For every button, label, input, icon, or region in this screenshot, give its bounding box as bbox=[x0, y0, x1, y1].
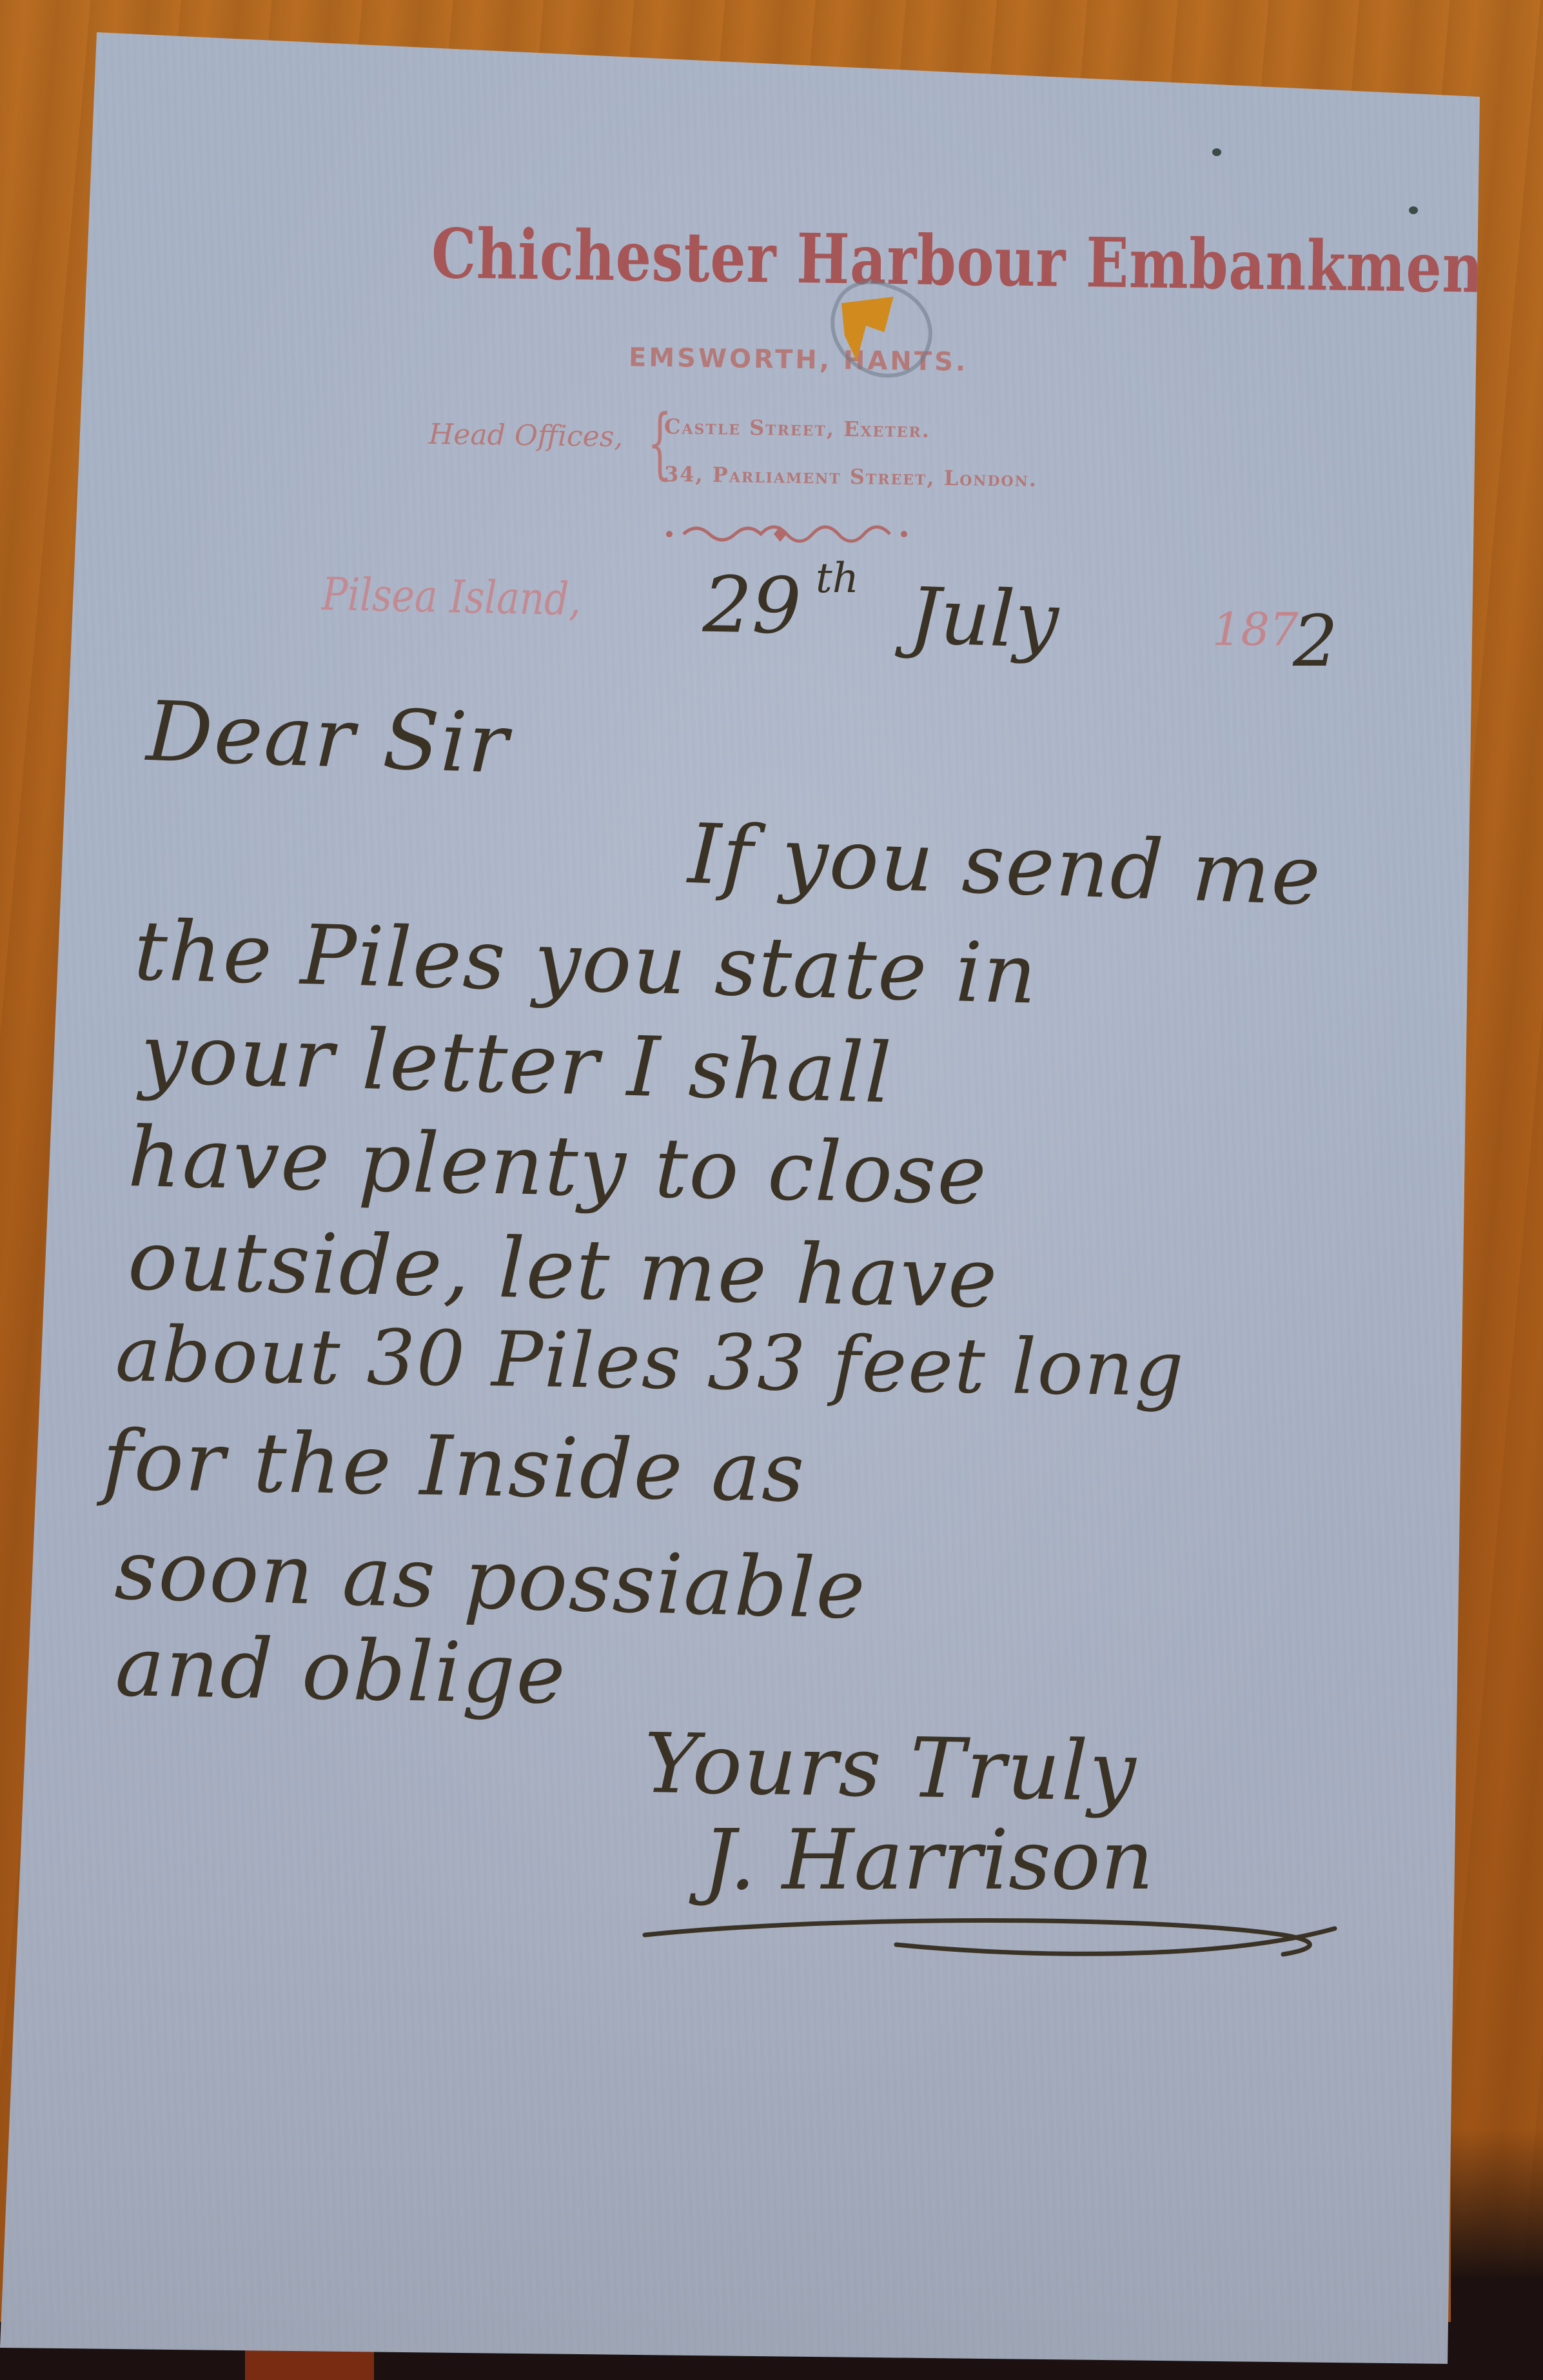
signature: J. Harrison bbox=[703, 1812, 1154, 1909]
closing: Yours Truly bbox=[643, 1716, 1137, 1820]
dateline-month: July bbox=[908, 571, 1060, 666]
letter-line: outside, let me have bbox=[127, 1213, 999, 1327]
salutation: Dear Sir bbox=[145, 684, 511, 793]
letter-sheet: Chichester Harbour Embankment, EMSWORTH,… bbox=[0, 0, 1543, 2380]
letterhead-company: Chichester Harbour Embankment, bbox=[431, 213, 1530, 309]
letter-line: your letter I shall bbox=[139, 1006, 894, 1122]
letter-line: If you send me bbox=[687, 806, 1323, 924]
letter-line: the Piles you state in bbox=[133, 903, 1039, 1023]
letter-line: and oblige bbox=[114, 1619, 567, 1723]
table-shadow-right bbox=[1451, 2128, 1543, 2380]
ornament-divider-icon bbox=[664, 521, 909, 547]
letter-line: about 30 Piles 33 feet long bbox=[115, 1309, 1185, 1413]
letter-line: for the Inside as bbox=[101, 1413, 806, 1521]
paper-speck bbox=[1212, 148, 1221, 156]
dateline-day-suffix: th bbox=[816, 555, 859, 602]
dateline-year-handwritten: 2 bbox=[1293, 600, 1338, 682]
letterhead-office-london: 34, Parliament Street, London. bbox=[664, 462, 1038, 491]
dateline-year-printed: 187 bbox=[1212, 603, 1299, 656]
table-wood-patch bbox=[245, 2348, 374, 2380]
letter-line: have plenty to close bbox=[127, 1109, 988, 1224]
dateline-day: 29 bbox=[702, 560, 802, 652]
letterhead-offices-label: Head Offices, bbox=[429, 418, 624, 453]
paper-speck bbox=[1409, 206, 1418, 214]
letterhead-office-exeter: Castle Street, Exeter. bbox=[664, 414, 930, 442]
dateline-place: Pilsea Island, bbox=[321, 568, 582, 626]
signature-flourish-icon bbox=[638, 1909, 1354, 1967]
